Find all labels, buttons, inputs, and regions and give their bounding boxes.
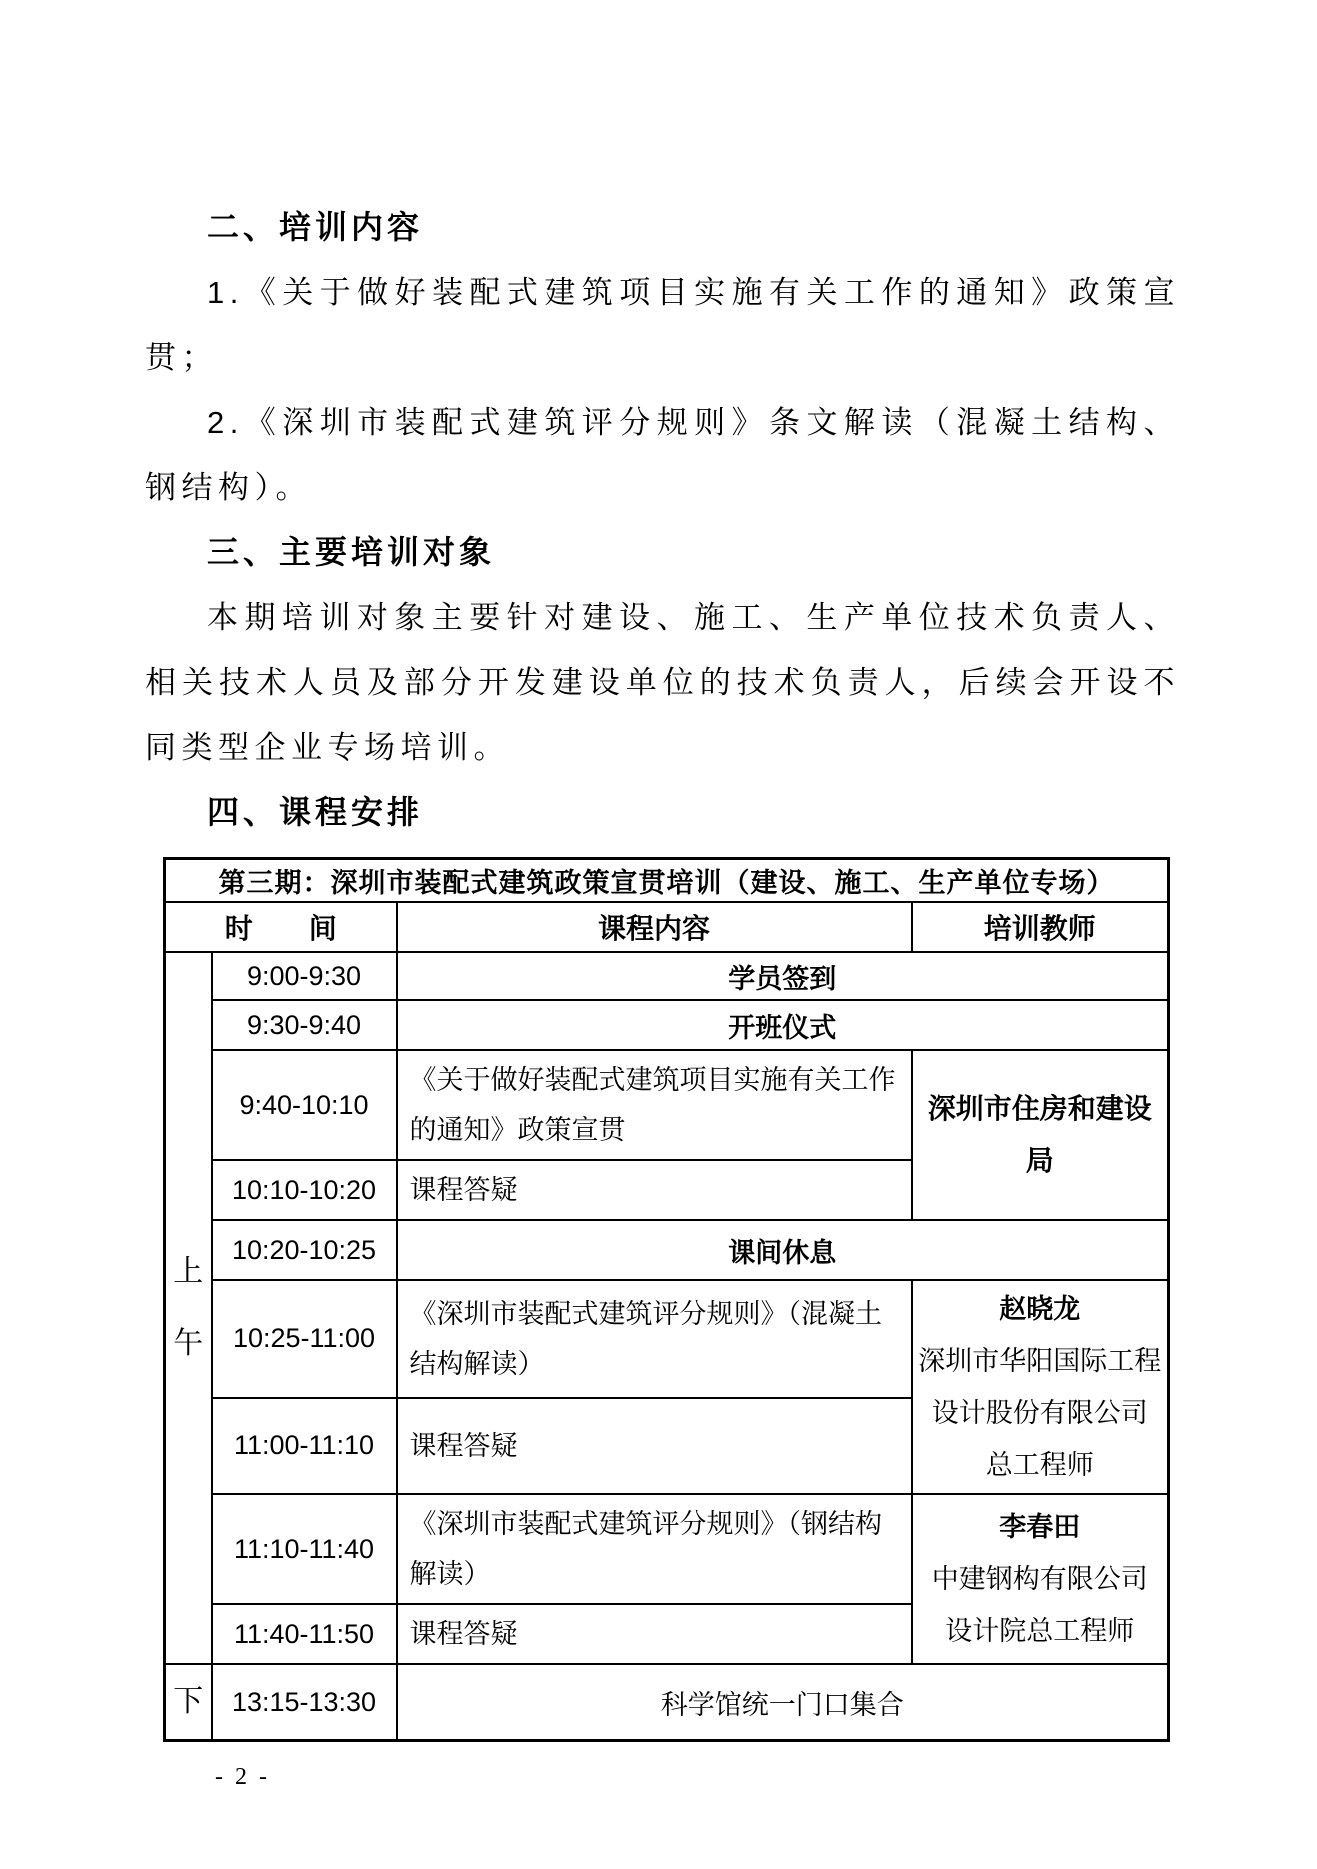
table-row: 9:30-9:40 开班仪式	[165, 1000, 1169, 1050]
teacher-cell: 李春田 中建钢构有限公司 设计院总工程师	[912, 1494, 1169, 1664]
time-cell: 11:40-11:50	[212, 1604, 397, 1664]
table-row: 10:20-10:25 课间休息	[165, 1220, 1169, 1280]
document-page: 二、培训内容 1.《关于做好装配式建筑项目实施有关工作的通知》政策宣贯； 2.《…	[0, 0, 1317, 1869]
table-row: 9:40-10:10 《关于做好装配式建筑项目实施有关工作的通知》政策宣贯 深圳…	[165, 1050, 1169, 1160]
teacher-title-line: 设计院总工程师	[917, 1605, 1164, 1657]
time-cell: 9:40-10:10	[212, 1050, 397, 1160]
time-cell: 10:20-10:25	[212, 1220, 397, 1280]
teacher-org-line: 中建钢构有限公司	[917, 1553, 1164, 1605]
content-cell: 《深圳市装配式建筑评分规则》（钢结构解读）	[397, 1494, 912, 1604]
period-morning-label: 上午	[172, 1236, 204, 1380]
section-heading-training-audience: 三、主要培训对象	[145, 520, 1180, 585]
table-row: 10:25-11:00 《深圳市装配式建筑评分规则》（混凝土结构解读） 赵晓龙 …	[165, 1280, 1169, 1398]
section-heading-training-content: 二、培训内容	[145, 195, 1180, 260]
page-number: - 2 -	[215, 1764, 1180, 1791]
time-cell: 9:00-9:30	[212, 952, 397, 1000]
table-row: 11:10-11:40 《深圳市装配式建筑评分规则》（钢结构解读） 李春田 中建…	[165, 1494, 1169, 1604]
teacher-org-line: 深圳市华阳国际工程	[917, 1335, 1164, 1387]
time-cell: 13:15-13:30	[212, 1664, 397, 1741]
teacher-cell: 深圳市住房和建设局	[912, 1050, 1169, 1220]
section-heading-course-schedule: 四、课程安排	[145, 780, 1180, 845]
content-cell: 开班仪式	[397, 1000, 1169, 1050]
paragraph-training-content-2: 2.《深圳市装配式建筑评分规则》条文解读（混凝土结构、钢结构）。	[145, 390, 1180, 520]
table-title: 第三期：深圳市装配式建筑政策宣贯培训（建设、施工、生产单位专场）	[165, 859, 1169, 903]
content-cell: 课程答疑	[397, 1604, 912, 1664]
paragraph-training-audience: 本期培训对象主要针对建设、施工、生产单位技术负责人、相关技术人员及部分开发建设单…	[145, 585, 1180, 780]
content-cell: 科学馆统一门口集合	[397, 1664, 1169, 1741]
table-header-row: 时 间 课程内容 培训教师	[165, 902, 1169, 952]
period-morning-cell: 上午	[165, 952, 212, 1664]
teacher-name: 赵晓龙	[917, 1283, 1164, 1335]
content-cell: 学员签到	[397, 952, 1169, 1000]
table-title-row: 第三期：深圳市装配式建筑政策宣贯培训（建设、施工、生产单位专场）	[165, 859, 1169, 903]
paragraph-training-content-1: 1.《关于做好装配式建筑项目实施有关工作的通知》政策宣贯；	[145, 260, 1180, 390]
document-body: 二、培训内容 1.《关于做好装配式建筑项目实施有关工作的通知》政策宣贯； 2.《…	[145, 195, 1180, 1791]
time-cell: 11:00-11:10	[212, 1398, 397, 1494]
content-cell: 课程答疑	[397, 1398, 912, 1494]
content-cell: 课间休息	[397, 1220, 1169, 1280]
teacher-org-line: 设计股份有限公司	[917, 1387, 1164, 1439]
period-afternoon-cell: 下	[165, 1664, 212, 1741]
period-afternoon-label: 下	[172, 1666, 204, 1738]
teacher-cell: 赵晓龙 深圳市华阳国际工程 设计股份有限公司 总工程师	[912, 1280, 1169, 1494]
time-cell: 10:25-11:00	[212, 1280, 397, 1398]
column-header-teacher: 培训教师	[912, 902, 1169, 952]
content-cell: 《深圳市装配式建筑评分规则》（混凝土结构解读）	[397, 1280, 912, 1398]
content-cell: 课程答疑	[397, 1160, 912, 1220]
column-header-time: 时 间	[165, 902, 397, 952]
content-cell: 《关于做好装配式建筑项目实施有关工作的通知》政策宣贯	[397, 1050, 912, 1160]
time-cell: 9:30-9:40	[212, 1000, 397, 1050]
column-header-content: 课程内容	[397, 902, 912, 952]
teacher-name: 李春田	[917, 1501, 1164, 1553]
time-cell: 11:10-11:40	[212, 1494, 397, 1604]
teacher-title-line: 总工程师	[917, 1439, 1164, 1491]
course-schedule-table: 第三期：深圳市装配式建筑政策宣贯培训（建设、施工、生产单位专场） 时 间 课程内…	[163, 857, 1170, 1742]
time-cell: 10:10-10:20	[212, 1160, 397, 1220]
table-row: 下 13:15-13:30 科学馆统一门口集合	[165, 1664, 1169, 1741]
table-row: 上午 9:00-9:30 学员签到	[165, 952, 1169, 1000]
